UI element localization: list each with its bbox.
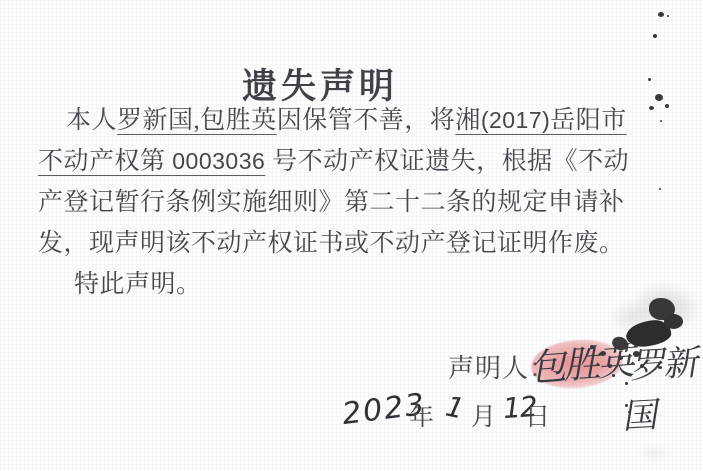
ink-speck bbox=[667, 15, 669, 17]
ink-speck bbox=[590, 345, 594, 349]
ink-speck bbox=[628, 411, 630, 413]
underlined-cert-number: 0003036 bbox=[172, 148, 265, 174]
ink-speck bbox=[608, 364, 612, 368]
day-label: 日 bbox=[525, 397, 550, 433]
ink-speck bbox=[660, 120, 662, 122]
body-line-1: 本人罗新国,包胜英因保管不善，将湘(2017)岳阳市 bbox=[38, 100, 648, 141]
ink-speck bbox=[625, 404, 628, 407]
body-line-3: 产登记暂行条例实施细则》第二十二条的规定申请补 bbox=[38, 182, 648, 223]
body-line-2: 不动产权第 0003036 号不动产权证遗失，根据《不动 bbox=[38, 141, 648, 182]
ink-speck bbox=[658, 366, 662, 369]
body-text-segment: 本人 bbox=[66, 107, 117, 134]
ink-blot bbox=[664, 314, 683, 329]
ink-speck bbox=[658, 12, 664, 17]
document-body: 本人罗新国,包胜英因保管不善，将湘(2017)岳阳市 不动产权第 0003036… bbox=[38, 100, 648, 305]
handwritten-month: 1 bbox=[443, 390, 467, 426]
year-label: 年 bbox=[409, 397, 434, 433]
underlined-cert-city: 岳阳市 bbox=[550, 107, 627, 134]
ink-speck bbox=[649, 106, 654, 110]
ink-speck bbox=[600, 351, 606, 356]
month-label: 月 bbox=[471, 397, 496, 433]
underlined-cert-prefix: 不动产权第 bbox=[38, 148, 172, 175]
ink-speck bbox=[612, 374, 615, 377]
loss-declaration-document: 遗失声明 本人罗新国,包胜英因保管不善，将湘(2017)岳阳市 不动产权第 00… bbox=[0, 0, 703, 471]
body-text-segment: 号不动产权证遗失，根据《不动 bbox=[265, 148, 629, 175]
ink-speck bbox=[648, 78, 651, 81]
ink-speck bbox=[665, 104, 669, 108]
ink-speck bbox=[659, 188, 661, 190]
body-line-5: 特此声明。 bbox=[38, 264, 648, 305]
ink-speck bbox=[640, 364, 644, 368]
underlined-names: 罗新国,包胜英 bbox=[117, 107, 277, 134]
body-line-4: 发，现声明该不动产权证书或不动产登记证明作废。 bbox=[38, 223, 648, 264]
ink-speck bbox=[633, 351, 640, 357]
underlined-cert-region: 湘 bbox=[455, 107, 481, 134]
ink-speck bbox=[655, 94, 663, 101]
ink-speck bbox=[618, 356, 623, 360]
ink-speck bbox=[625, 382, 628, 385]
scan-smudge bbox=[638, 446, 672, 460]
ink-speck bbox=[653, 34, 657, 38]
body-text-segment: 因保管不善，将 bbox=[277, 107, 456, 134]
underlined-cert-year: (2017) bbox=[481, 107, 550, 133]
